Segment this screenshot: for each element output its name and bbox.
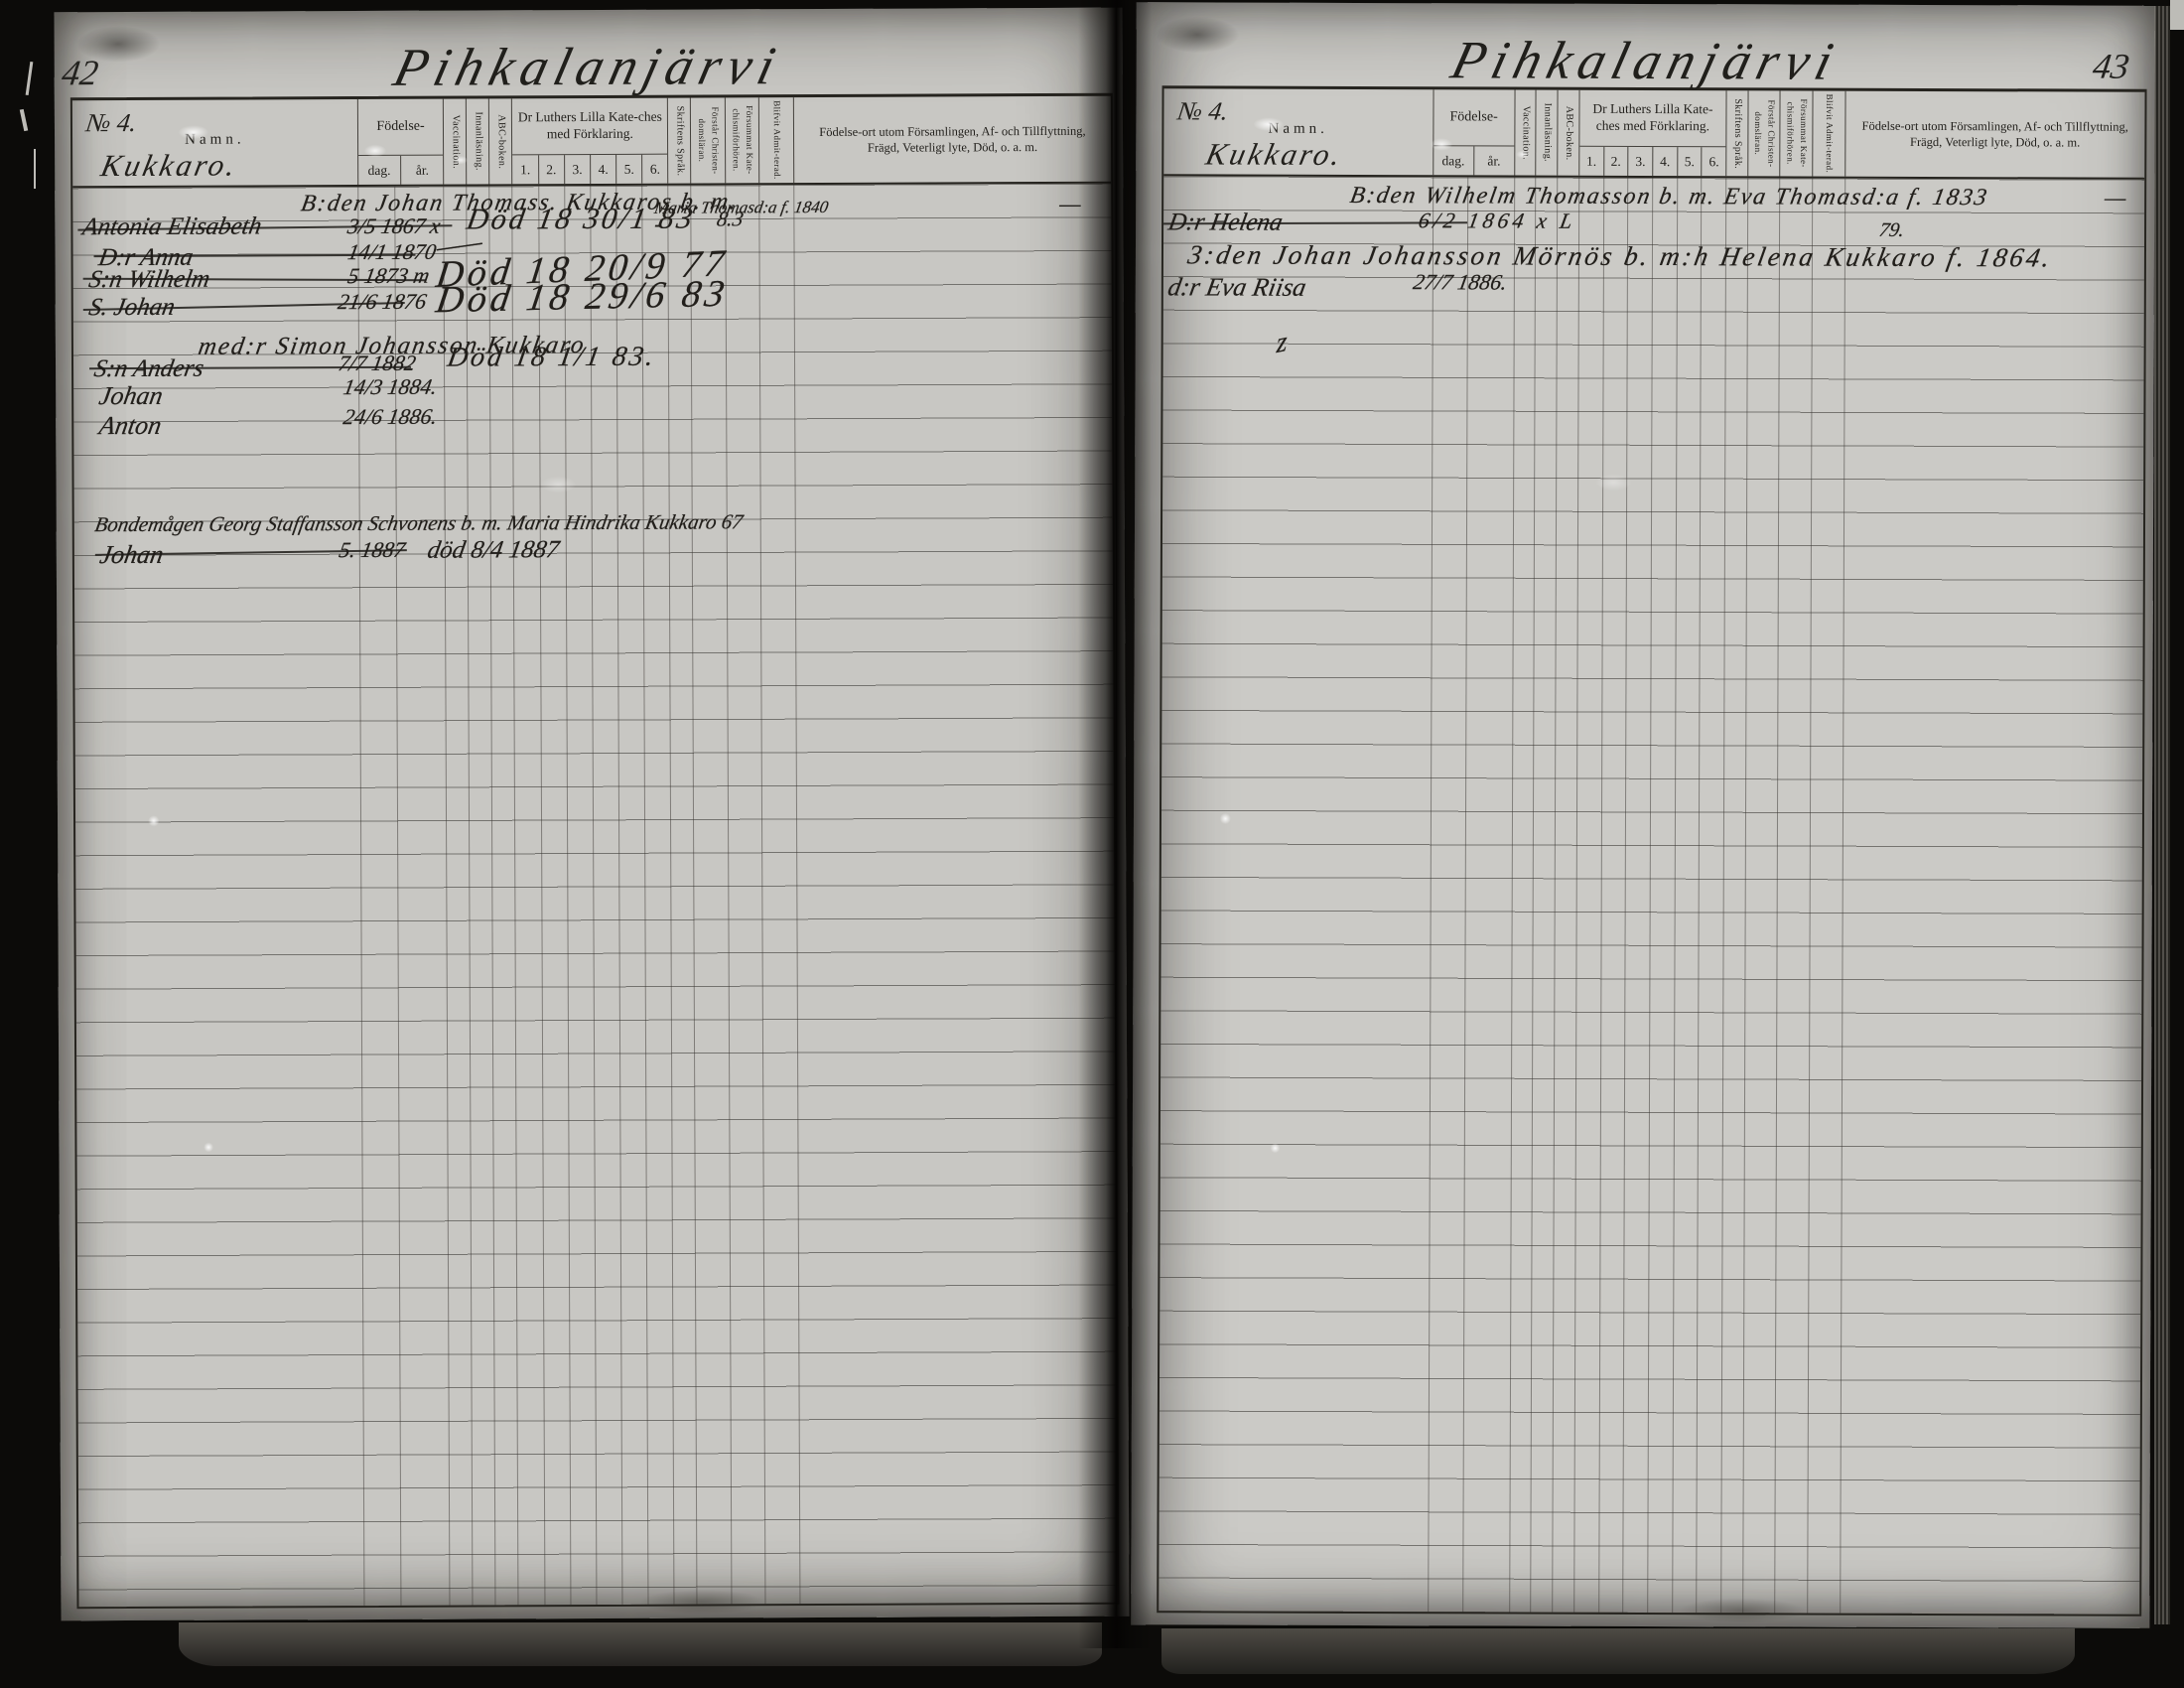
handwritten-entry: död 8/4 1887 [425, 536, 561, 565]
handwritten-entry: 79. [1877, 219, 1906, 242]
handwritten-entry: 7/7 1882 [337, 351, 418, 376]
spine-scratch [20, 109, 28, 131]
column-header-blifvit: Blifvit Admit-terad. [759, 97, 794, 183]
kateches-subcolumn: 1. [513, 155, 539, 184]
handwritten-entry: 8.3 [715, 207, 746, 231]
handwritten-entry: 14/1 1870 [345, 239, 438, 265]
kateches-subcolumn: 5. [1678, 147, 1703, 176]
handwritten-entry: Död 18 30/1 83 [465, 203, 698, 237]
column-header-kateches: Dr Luthers Lilla Kate-ches med Förklarin… [1579, 90, 1726, 177]
handwritten-entry: 5 1873 m [346, 263, 432, 289]
column-header-namn: № 4. Namn. Kukkaro. [1163, 88, 1433, 175]
kateches-subcolumn: 4. [591, 155, 616, 184]
column-header-abc-boken: ABC-boken. [489, 98, 512, 184]
register-table-right: № 4. Namn. Kukkaro. Födelse- dag. år. Va… [1157, 85, 2146, 1616]
page-corner-sliver [2170, 0, 2184, 30]
handwriting-layer: B:den Johan Thomass. Kukkaros b. m. Mari… [72, 184, 1117, 1608]
page-title-right: Pihkalanjärvi [1282, 29, 2010, 92]
table-header: № 4. Namn. Kukkaro. Födelse- dag. år. Va… [72, 96, 1111, 189]
kateches-subcolumn: 2. [1604, 147, 1629, 176]
spine-scratch [34, 149, 36, 189]
column-header-ar: år. [1474, 146, 1514, 175]
column-header-namn: № 4. Namn. Kukkaro. [72, 99, 358, 186]
column-header-fodelse: Födelse- dag. år. [357, 99, 444, 185]
column-header-abc-boken: ABC-boken. [1558, 90, 1579, 176]
handwritten-entry: 14/3 1884. [341, 374, 440, 400]
column-header-forstar: Förstår Christen-domsläran. [1748, 90, 1781, 176]
page-title-left: Pihkalanjärvi [207, 34, 970, 98]
column-header-forstar: Förstår Christen-domsläran. [691, 97, 726, 183]
handwritten-entry: — [2103, 186, 2128, 212]
kateches-subcolumn: 4. [1653, 147, 1678, 176]
column-header-dag: dag. [1433, 146, 1474, 175]
handwritten-entry: 27/7 1886. [1411, 269, 1509, 295]
column-header-blifvit: Blifvit Admit-terad. [1813, 91, 1845, 177]
column-header-kateches: Dr Luthers Lilla Kate-ches med Förklarin… [512, 98, 668, 185]
handwritten-entry: Död 18 29/6 83 [433, 272, 731, 323]
handwritten-entry: Johan [97, 381, 166, 411]
kateches-subcolumn: 1. [1579, 147, 1604, 176]
family-name-handwritten: Kukkaro. [1203, 136, 1347, 172]
handwritten-entry: 3:den Johan Johansson Mörnös b. m:h Hele… [1185, 239, 2055, 273]
book-fore-edge [2154, 6, 2170, 1624]
folio-number-right: 43 [2091, 46, 2132, 87]
right-page: 43 Pihkalanjärvi № 4. Namn. Kukkaro. Föd… [1131, 2, 2155, 1628]
column-header-forsummat: Försummat Kate-chismiförhören. [1781, 90, 1814, 176]
table-body: B:den Wilhelm Thomasson b. m. Eva Thomas… [1159, 176, 2144, 1614]
family-name-handwritten: Kukkaro. [97, 148, 241, 185]
kateches-subcolumn: 3. [565, 155, 591, 184]
column-header-fodelse: Födelse- dag. år. [1433, 89, 1515, 175]
handwritten-entry: Anton [97, 411, 164, 441]
column-header-vaccination: Vaccination. [444, 99, 467, 185]
torn-page-edge [179, 1622, 1102, 1666]
column-header-skriftens-sprak: Skriftens Språk. [668, 98, 691, 184]
table-header: № 4. Namn. Kukkaro. Födelse- dag. år. Va… [1163, 88, 2144, 179]
column-header-forsummat: Försummat Kate-chismiförhören. [726, 97, 760, 183]
column-header-skriftens-sprak: Skriftens Språk. [1726, 90, 1748, 176]
torn-page-edge [1161, 1628, 2075, 1674]
register-table-left: № 4. Namn. Kukkaro. Födelse- dag. år. Va… [70, 93, 1120, 1610]
left-page: 42 Pihkalanjärvi № 4. Namn. Kukkaro. Föd… [54, 8, 1129, 1621]
handwritten-entry: Död 18 1/1 83. [445, 342, 659, 374]
column-header-innanlasning: Innanläsning. [467, 98, 489, 184]
column-header-dag: dag. [358, 156, 402, 185]
kateches-subcolumn: 3. [1629, 147, 1654, 176]
kateches-subcolumn: 2. [539, 155, 565, 184]
handwritten-entry: d:r Eva Riisa [1165, 272, 1308, 302]
kateches-subcolumn: 6. [1703, 147, 1726, 176]
column-header-fodelseort: Födelse-ort utom Församlingen, Af- och T… [1845, 91, 2145, 178]
kateches-subcolumn: 5. [616, 155, 642, 184]
handwritten-entry: 24/6 1886. [341, 404, 440, 430]
column-header-vaccination: Vaccination. [1515, 90, 1537, 176]
column-header-ar: år. [401, 156, 444, 185]
table-body: B:den Johan Thomass. Kukkaros b. m. Mari… [72, 184, 1117, 1608]
scanned-parish-register: { "folios": { "left": "42", "right": "43… [0, 0, 2184, 1688]
handwritten-entry: Bondemågen Georg Staffansson Schvonens b… [92, 509, 745, 537]
column-header-innanlasning: Innanläsning. [1537, 90, 1559, 176]
handwritten-ink-mark: z [1276, 326, 1288, 360]
folio-number-left: 42 [60, 52, 101, 93]
handwriting-layer: B:den Wilhelm Thomasson b. m. Eva Thomas… [1159, 176, 2144, 1614]
spine-scratch [26, 62, 34, 95]
column-header-fodelseort: Födelse-ort utom Församlingen, Af- och T… [794, 96, 1111, 183]
handwritten-entry: — [1057, 192, 1083, 218]
kateches-subcolumn: 6. [642, 155, 667, 184]
